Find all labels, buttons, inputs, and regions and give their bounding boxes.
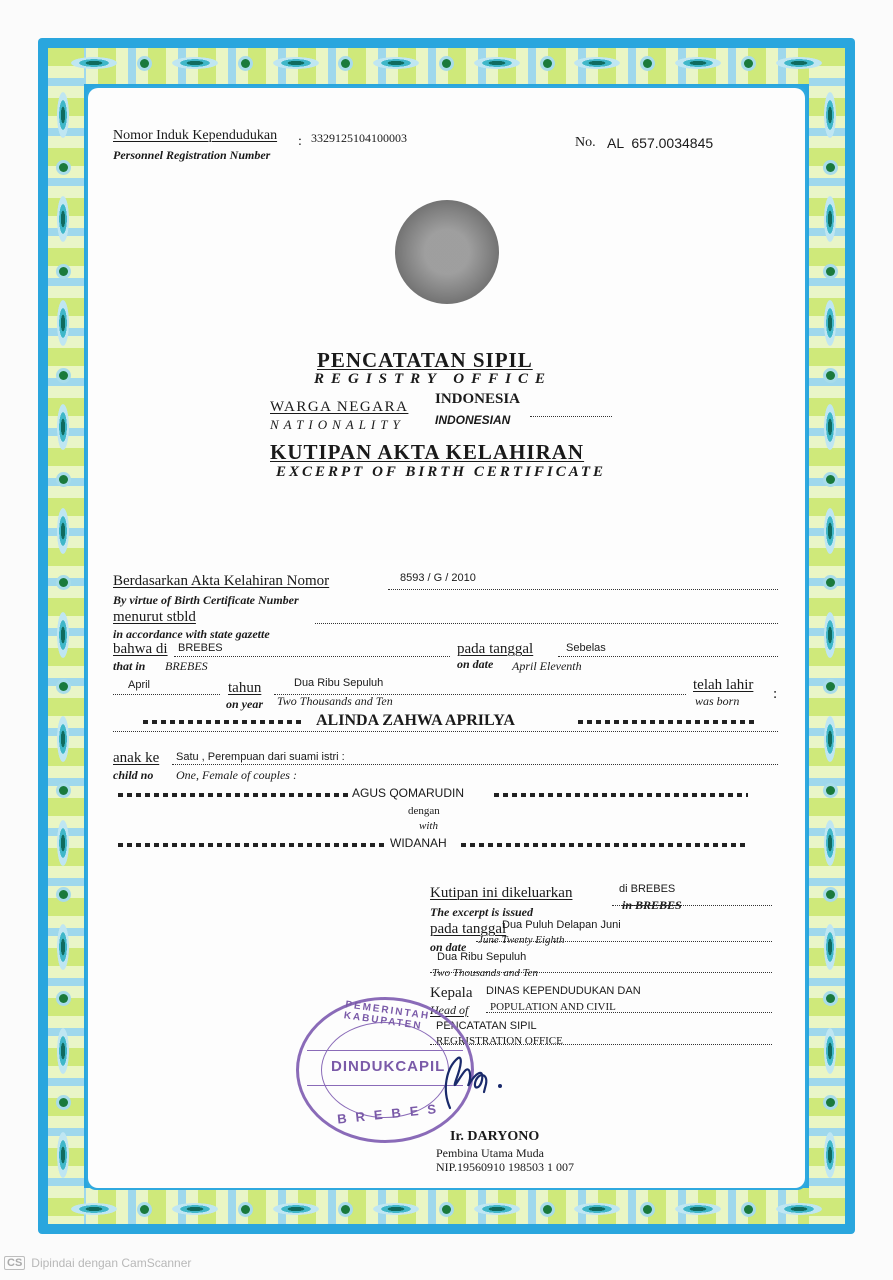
child-name: ALINDA ZAHWA APRILYA: [316, 712, 515, 730]
birthplace-label: bahwa di: [113, 641, 168, 658]
gazette-label: menurut stbld: [113, 609, 196, 626]
issued-label-en: The excerpt is issued: [430, 905, 533, 920]
dash-filler: [143, 720, 305, 724]
signature: [428, 1050, 518, 1110]
birthplace-value: BREBES: [178, 642, 223, 654]
scanner-watermark: CS Dipindai dengan CamScanner: [4, 1256, 191, 1270]
agency-line-1: DINAS KEPENDUDUKAN DAN: [486, 985, 641, 997]
head-of-label: Kepala: [430, 985, 472, 1002]
with-label-en: with: [419, 820, 438, 832]
issue-date-value: Dua Puluh Delapan Juni: [502, 919, 621, 931]
dotted-line: [174, 656, 450, 657]
nik-label-en: Personnel Registration Number: [113, 148, 270, 163]
dotted-line: [113, 694, 220, 695]
birthdate-value-en: April Eleventh: [512, 659, 582, 674]
scanner-text: Dipindai dengan CamScanner: [31, 1256, 191, 1270]
birthplace-label-en: that in: [113, 659, 145, 674]
dash-filler: [118, 843, 388, 847]
nationality-value: INDONESIA: [435, 391, 520, 408]
office-title-en: REGISTRY OFFICE: [314, 371, 552, 388]
office-title: PENCATATAN SIPIL: [317, 348, 533, 373]
dotted-line: [558, 656, 778, 657]
dash-filler: [461, 843, 748, 847]
dotted-line: [430, 972, 772, 973]
signatory-name: Ir. DARYONO: [450, 1129, 539, 1145]
border-ornaments-right: [823, 80, 837, 1190]
with-label: dengan: [408, 805, 440, 817]
issue-year-value-en: Two Thousands and Ten: [432, 967, 538, 979]
child-number-label-en: child no: [113, 768, 153, 783]
document-title-en: EXCERPT OF BIRTH CERTIFICATE: [276, 464, 606, 481]
signatory-rank: Pembina Utama Muda: [436, 1146, 544, 1161]
born-colon: :: [773, 686, 777, 703]
dotted-line: [172, 764, 778, 765]
birthdate-label: pada tanggal: [457, 641, 533, 658]
birthplace-value-en: BREBES: [165, 659, 208, 674]
child-number-label: anak ke: [113, 750, 159, 767]
nationality-value-en: INDONESIAN: [435, 413, 510, 427]
cert-number-label-en: By virtue of Birth Certificate Number: [113, 593, 299, 608]
dash-filler: [578, 720, 758, 724]
nationality-dotted-line: [530, 416, 612, 417]
birth-year-value-en: Two Thousands and Ten: [277, 694, 393, 709]
dash-filler: [118, 793, 350, 797]
issue-year-value: Dua Ribu Sepuluh: [437, 951, 526, 963]
birth-month-value: April: [128, 679, 150, 691]
born-label-en: was born: [695, 694, 739, 709]
cert-number-label: Berdasarkan Akta Kelahiran Nomor: [113, 573, 329, 590]
dotted-line: [388, 589, 778, 590]
dash-filler: [494, 793, 748, 797]
serial-label: No.: [575, 135, 596, 151]
gazette-label-en: in accordance with state gazette: [113, 627, 270, 642]
dotted-line: [476, 941, 772, 942]
dotted-line: [274, 694, 686, 695]
dotted-line: [486, 1012, 772, 1013]
child-number-value: Satu , Perempuan dari suami istri :: [176, 751, 345, 763]
issued-place: di BREBES: [619, 883, 675, 895]
birth-year-label-en: on year: [226, 697, 263, 712]
border-ornaments-left: [56, 80, 70, 1190]
nik-label: Nomor Induk Kependudukan: [113, 128, 277, 144]
dotted-line: [315, 623, 778, 624]
birth-year-value: Dua Ribu Sepuluh: [294, 677, 383, 689]
embossed-seal: [395, 200, 499, 304]
dotted-line: [113, 731, 778, 732]
border-ornaments-top: [60, 56, 833, 70]
birth-year-label: tahun: [228, 680, 261, 697]
cert-number-value: 8593 / G / 2010: [400, 572, 476, 584]
born-label: telah lahir: [693, 677, 753, 694]
birthdate-value: Sebelas: [566, 642, 606, 654]
issue-date-value-en: June Twenty Eighth: [478, 934, 565, 946]
nationality-label: WARGA NEGARA: [270, 399, 408, 416]
nik-separator: :: [298, 134, 302, 150]
dotted-line: [612, 905, 772, 906]
border-ornaments-bottom: [60, 1202, 833, 1216]
dotted-line: [430, 1044, 772, 1045]
signatory-nip: NIP.19560910 198503 1 007: [436, 1160, 574, 1175]
nik-value: 3329125104100003: [311, 131, 407, 146]
document-title: KUTIPAN AKTA KELAHIRAN: [270, 440, 584, 465]
mother-name: WIDANAH: [390, 836, 447, 850]
camscanner-logo-icon: CS: [4, 1256, 25, 1270]
child-number-value-en: One, Female of couples :: [176, 768, 297, 783]
father-name: AGUS QOMARUDIN: [352, 786, 464, 800]
nationality-label-en: NATIONALITY: [270, 417, 405, 433]
serial-number: AL 657.0034845: [607, 135, 713, 151]
issued-label: Kutipan ini dikeluarkan: [430, 885, 572, 902]
birthdate-label-en: on date: [457, 657, 493, 672]
